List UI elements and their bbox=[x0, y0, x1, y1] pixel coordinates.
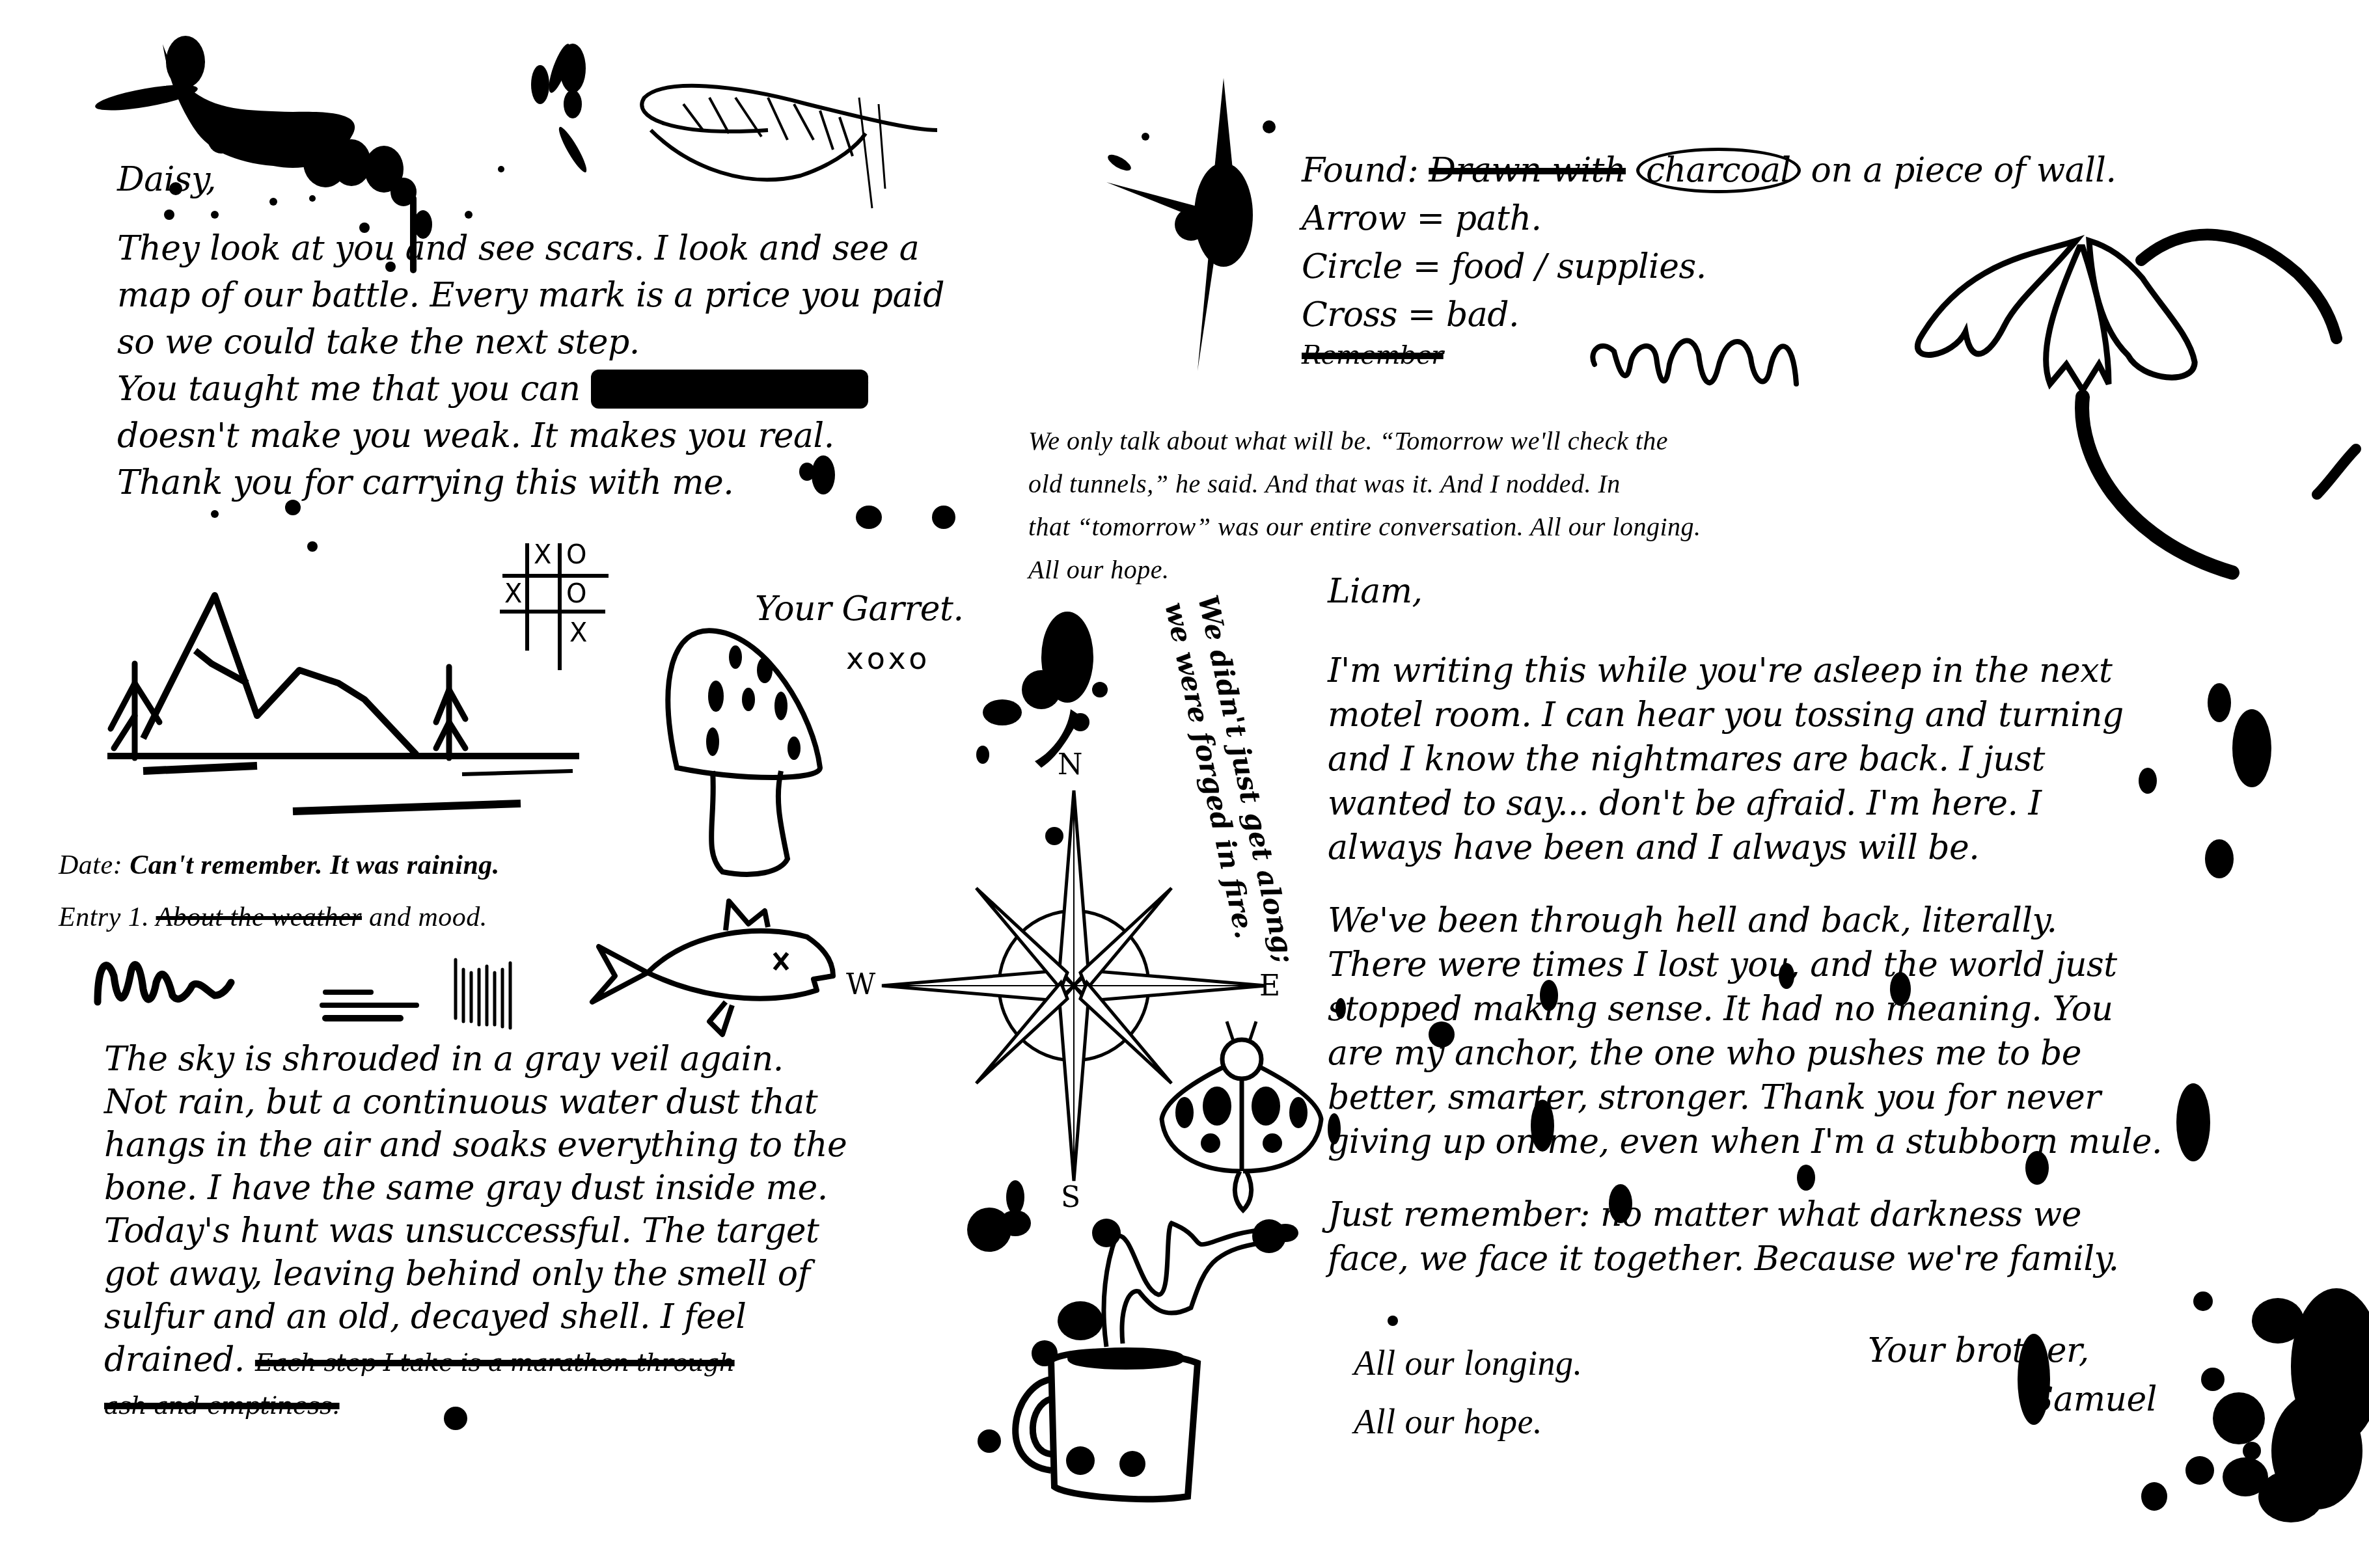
liam-p2-line-3: stopped making sense. It had no meaning.… bbox=[1328, 987, 2162, 1031]
daisy-line-1: They look at you and see scars. I look a… bbox=[117, 225, 944, 272]
journal-line-2: Not rain, but a continuous water dust th… bbox=[104, 1081, 847, 1124]
splatter-icon bbox=[983, 612, 1108, 768]
journal-line-5: Today's hunt was unsuccessful. The targe… bbox=[104, 1210, 847, 1252]
liam-p1-line-3: and I know the nightmares are back. I ju… bbox=[1328, 737, 2162, 781]
tunnels-line-1: We only talk about what will be. “Tomorr… bbox=[1028, 420, 1701, 463]
closing-hope: All our hope. bbox=[1354, 1392, 1583, 1451]
liam-p1-line-2: motel room. I can hear you tossing and t… bbox=[1328, 693, 2162, 737]
liam-closing: All our longing. All our hope. bbox=[1354, 1334, 1583, 1451]
closing-longing: All our longing. bbox=[1354, 1334, 1583, 1392]
compass-west: W bbox=[846, 968, 875, 1001]
journal-struck-end: Each step I take is a marathon through bbox=[255, 1348, 735, 1377]
splatter-icon bbox=[1106, 78, 1276, 371]
liam-p2-line-1: We've been through hell and back, litera… bbox=[1328, 899, 2162, 943]
daisy-line-2: map of our battle. Every mark is a price… bbox=[117, 272, 944, 319]
tunnels-note: We only talk about what will be. “Tomorr… bbox=[1028, 420, 1701, 591]
found-line-3: Circle = food / supplies. bbox=[1302, 243, 2116, 291]
found-line-4: Cross = bad. bbox=[1302, 291, 2116, 339]
compass-north: N bbox=[1058, 748, 1083, 781]
mushroom-icon bbox=[668, 630, 821, 874]
liam-signoff: Your brother, bbox=[1868, 1327, 2089, 1374]
daisy-line-4: You taught me that you can be broken and… bbox=[117, 366, 944, 412]
liam-p2-line-4: are my anchor, the one who pushes me to … bbox=[1328, 1031, 2162, 1075]
liam-p2-line-2: There were times I lost you, and the wor… bbox=[1328, 943, 2162, 987]
journal-collage: Daisy, They look at you and see scars. I… bbox=[0, 0, 2369, 1568]
equals-bars-icon bbox=[322, 992, 417, 1018]
mountain-icon bbox=[107, 595, 579, 811]
liam-p1-line-1: I'm writing this while you're asleep in … bbox=[1328, 649, 2162, 693]
journal-line-4: bone. I have the same gray dust inside m… bbox=[104, 1167, 847, 1210]
fish-icon bbox=[592, 901, 833, 1034]
daisy-kisses: xoxo bbox=[846, 641, 931, 676]
liam-p2-line-5: better, smarter, stronger. Thank you for… bbox=[1328, 1075, 2162, 1120]
liam-p1-line-4: wanted to say... don't be afraid. I'm he… bbox=[1328, 781, 2162, 826]
compass-rose-icon bbox=[882, 791, 1266, 1181]
tunnels-line-3: that “tomorrow” was our entire conversat… bbox=[1028, 506, 1701, 548]
journal-line-7: sulfur and an old, decayed shell. I feel bbox=[104, 1295, 847, 1338]
liam-p3-line-1: Just remember: no matter what darkness w… bbox=[1328, 1193, 2162, 1237]
compass-south: S bbox=[1061, 1181, 1080, 1214]
found-note: Found: Drawn with charcoal on a piece of… bbox=[1302, 146, 2116, 372]
daisy-salutation: Daisy, bbox=[117, 156, 944, 203]
daisy-signoff: Your Garret. bbox=[755, 586, 963, 632]
circled-charcoal: charcoal bbox=[1636, 148, 1801, 193]
tunnels-line-2: old tunnels,” he said. And that was it. … bbox=[1028, 463, 1701, 506]
liam-p2-line-6: giving up on me, even when I'm a stubbor… bbox=[1328, 1120, 2162, 1164]
liam-salutation: Liam, bbox=[1328, 569, 2162, 614]
compass-east: E bbox=[1259, 969, 1280, 1003]
daisy-line-6: Thank you for carrying this with me. bbox=[117, 459, 944, 506]
found-line-1: Found: Drawn with charcoal on a piece of… bbox=[1302, 146, 2116, 195]
daisy-line-3: so we could take the next step. bbox=[117, 319, 944, 366]
liam-p3-line-2: face, we face it together. Because we're… bbox=[1328, 1237, 2162, 1281]
journal-date: Date: Can't remember. It was raining. bbox=[59, 839, 500, 891]
tally-marks-icon bbox=[456, 960, 510, 1028]
journal-line-6: got away, leaving behind only the smell … bbox=[104, 1252, 847, 1295]
journal-header: Date: Can't remember. It was raining. En… bbox=[59, 839, 500, 943]
daisy-redacted-fragment: be broken and it bbox=[591, 370, 868, 409]
letter-liam: Liam, I'm writing this while you're asle… bbox=[1328, 569, 2162, 1281]
scribble-icon bbox=[98, 965, 231, 1002]
journal-line-8: drained. Each step I take is a marathon … bbox=[104, 1338, 847, 1384]
liam-signature: Samuel bbox=[2031, 1376, 2157, 1423]
journal-entry-label: Entry 1. About the weather and mood. bbox=[59, 891, 500, 943]
letter-daisy: Daisy, They look at you and see scars. I… bbox=[117, 156, 944, 506]
journal-struck-end-2: ash and emptiness. bbox=[104, 1384, 847, 1427]
daisy-line-5: doesn't make you weak. It makes you real… bbox=[117, 412, 944, 459]
journal-line-1: The sky is shrouded in a gray veil again… bbox=[104, 1038, 847, 1081]
ring-stain-icon bbox=[2082, 235, 2356, 573]
journal-line-3: hangs in the air and soaks everything to… bbox=[104, 1124, 847, 1167]
journal-body: The sky is shrouded in a gray veil again… bbox=[104, 1038, 847, 1427]
moth-icon bbox=[1162, 1021, 1321, 1210]
found-line-2: Arrow = path. bbox=[1302, 195, 2116, 243]
liam-p1-line-5: always have been and I always will be. bbox=[1328, 826, 2162, 870]
found-line-5: Remember bbox=[1302, 339, 2116, 372]
